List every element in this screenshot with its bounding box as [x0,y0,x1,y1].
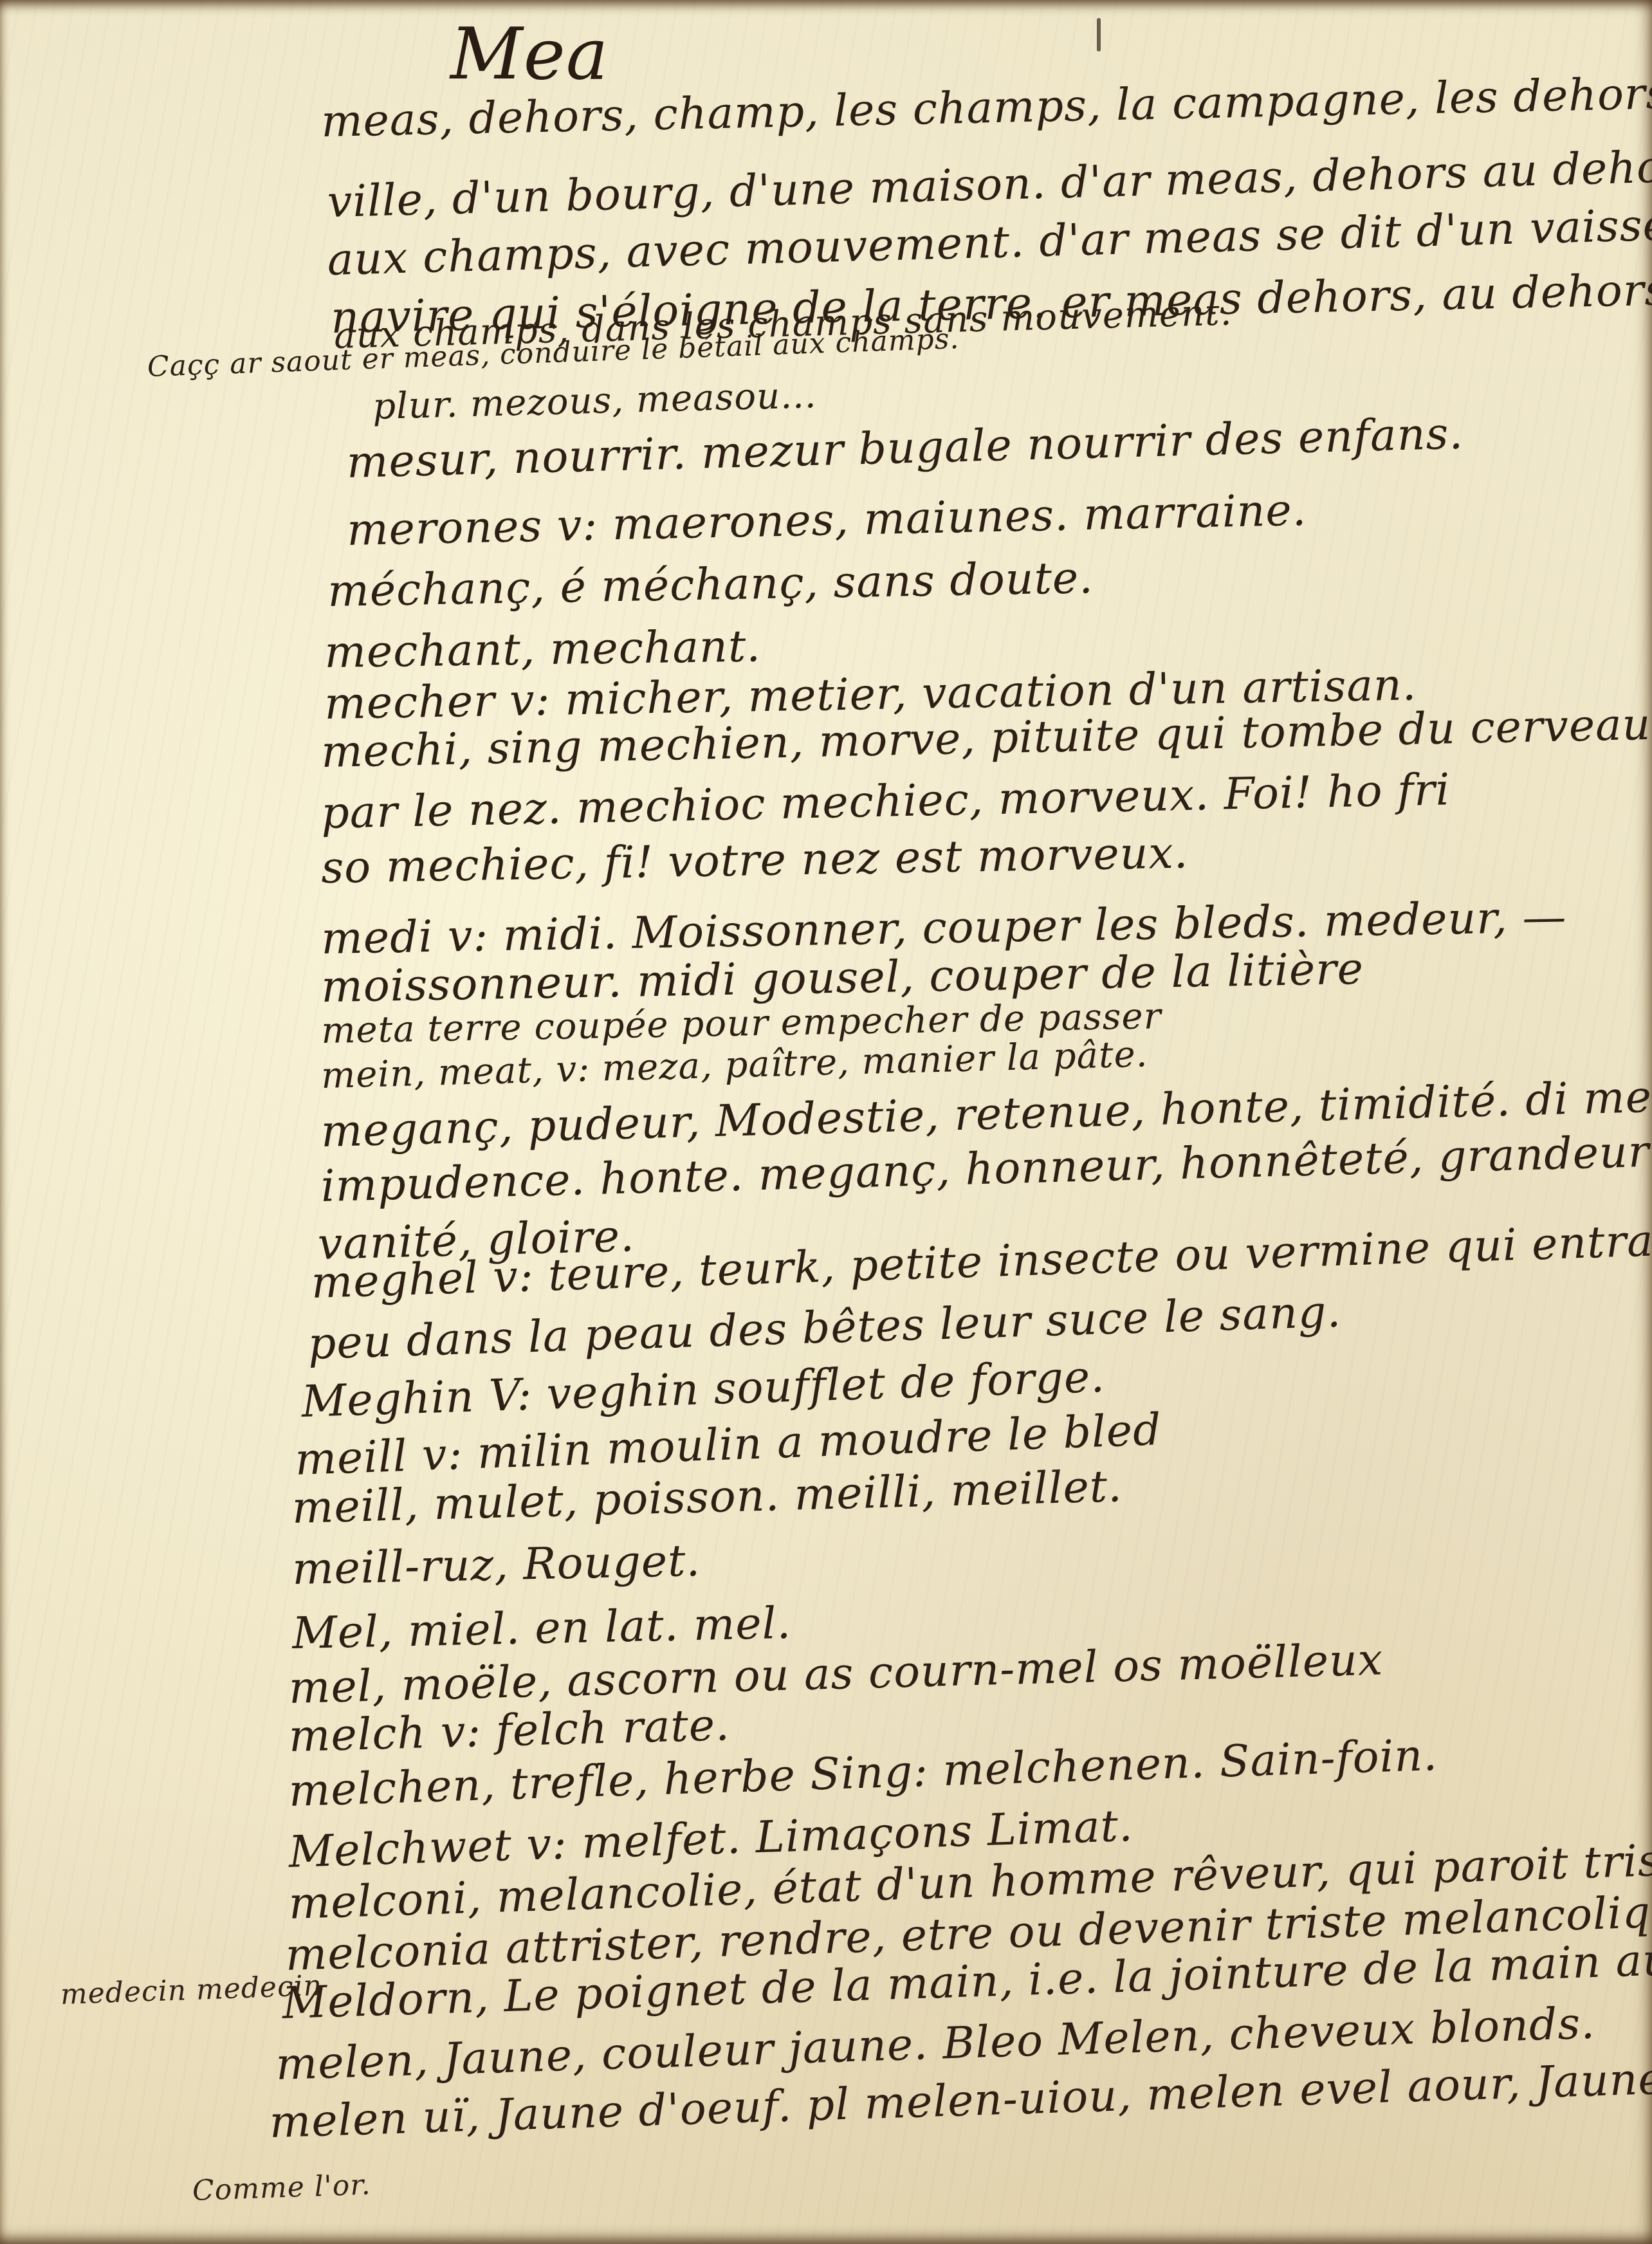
margin-note: Comme l'or. [192,2168,371,2207]
entry-line: melch v: felch rate. [288,1700,731,1762]
entry-line: plur. mezous, measou... [372,374,817,428]
entry-line: Mel, miel. en lat. mel. [291,1598,791,1659]
entry-line: meill-ruz, Rouget. [291,1536,701,1595]
entry-line: so mechiec, fi! votre nez est morveux. [321,827,1189,894]
entry-line: méchanç, é méchanç, sans doute. [327,553,1094,617]
entry-line: par le nez. mechioc mechiec, morveux. Fo… [320,764,1451,839]
ink-mark [1097,18,1101,51]
entry-line: merones v: maerones, maiunes. marraine. [346,485,1307,556]
entry-line: mechant, mechant. [324,621,761,678]
page-heading: Mea [450,13,609,95]
manuscript-page: Mea meas, dehors, champ, les champs, la … [0,0,1652,2244]
